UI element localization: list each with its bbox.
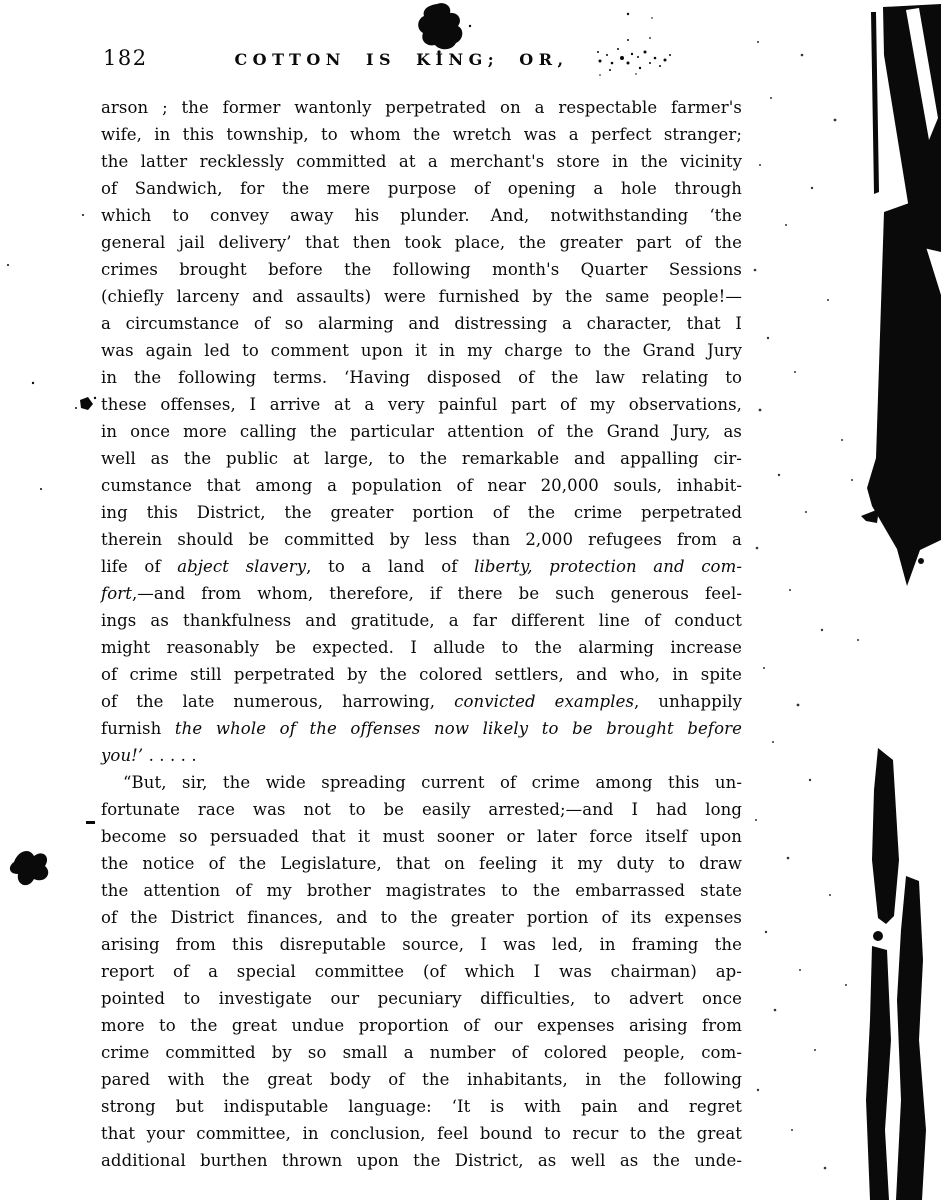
text-segment: , to a land of	[306, 557, 474, 576]
ink-speck	[82, 214, 84, 216]
ink-speck	[32, 382, 34, 384]
text-line: become so persuaded that it must sooner …	[101, 823, 742, 850]
text-line: which to convey away his plunder. And, n…	[101, 202, 742, 229]
text-line: that your committee, in conclusion, feel…	[101, 1120, 742, 1147]
text-segment: in the following terms. ‘Having disposed…	[101, 368, 742, 387]
text-line: in once more calling the particular atte…	[101, 418, 742, 445]
text-segment: the attention of my brother magistrates …	[101, 881, 742, 900]
italic-text-segment: fort	[101, 584, 132, 603]
text-segment: general jail delivery’ that then took pl…	[101, 233, 742, 252]
ink-speck	[75, 407, 77, 409]
ink-blob-top-center	[418, 3, 462, 49]
ink-smudge-mid-right	[867, 202, 941, 586]
text-line: well as the public at large, to the rema…	[101, 445, 742, 472]
text-line: of Sandwich, for the mere purpose of ope…	[101, 175, 742, 202]
text-segment: of the late numerous, harrowing,	[101, 692, 454, 711]
text-segment: become so persuaded that it must sooner …	[101, 827, 742, 846]
ink-streak-lower-left-upper	[872, 748, 899, 924]
ink-streak-lower-right	[896, 876, 926, 1200]
text-segment: , unhappily	[634, 692, 742, 711]
text-line: strong but indisputable language: ‘It is…	[101, 1093, 742, 1120]
text-segment: ings as thankfulness and gratitude, a fa…	[101, 611, 742, 630]
ink-speck	[918, 558, 924, 564]
body-text: arson ; the former wantonly perpetrated …	[101, 94, 742, 1174]
text-line: cumstance that among a population of nea…	[101, 472, 742, 499]
running-title: COTTON IS KING; OR,	[101, 50, 702, 69]
ink-blob-left-margin	[10, 851, 48, 885]
text-segment: these offenses, I arrive at a very painf…	[101, 395, 742, 414]
text-segment: that your committee, in conclusion, feel…	[101, 1124, 742, 1143]
text-line: wife, in this township, to whom the wret…	[101, 121, 742, 148]
ink-dash	[86, 821, 95, 824]
text-segment: fortunate race was not to be easily arre…	[101, 800, 742, 819]
text-segment: “But, sir, the wide spreading current of…	[123, 773, 742, 792]
text-line: these offenses, I arrive at a very painf…	[101, 391, 742, 418]
ink-speck	[40, 488, 42, 490]
text-line: arson ; the former wantonly perpetrated …	[101, 94, 742, 121]
text-segment: additional burthen thrown upon the Distr…	[101, 1151, 742, 1170]
text-segment: was again led to comment upon it in my c…	[101, 341, 742, 360]
page-header: 182 COTTON IS KING; OR,	[101, 44, 742, 76]
text-segment: wife, in this township, to whom the wret…	[101, 125, 742, 144]
text-segment: of the District finances, and to the gre…	[101, 908, 742, 927]
text-segment: ing this District, the greater portion o…	[101, 503, 742, 522]
text-line: of the District finances, and to the gre…	[101, 904, 742, 931]
text-segment: report of a special committee (of which …	[101, 962, 742, 981]
text-line: of crime still perpetrated by the colore…	[101, 661, 742, 688]
text-line: ings as thankfulness and gratitude, a fa…	[101, 607, 742, 634]
text-segment: . . . . .	[143, 746, 196, 765]
text-segment: (chiefly larceny and assaults) were furn…	[101, 287, 742, 306]
text-line: therein should be committed by less than…	[101, 526, 742, 553]
italic-text-segment: convicted examples	[454, 692, 634, 711]
text-segment: arising from this disreputable source, I…	[101, 935, 742, 954]
text-line: “But, sir, the wide spreading current of…	[101, 769, 742, 796]
italic-text-segment: liberty, protection and com-	[474, 557, 742, 576]
text-segment: of crime still perpetrated by the colore…	[101, 665, 742, 684]
text-segment: a circumstance of so alarming and distre…	[101, 314, 742, 333]
text-line: pointed to investigate our pecuniary dif…	[101, 985, 742, 1012]
text-line: you!’ . . . . .	[101, 742, 742, 769]
text-segment: strong but indisputable language: ‘It is…	[101, 1097, 742, 1116]
text-line: crimes brought before the following mont…	[101, 256, 742, 283]
ink-smudge-white-channel	[906, 8, 938, 140]
text-segment: in once more calling the particular atte…	[101, 422, 742, 441]
text-segment: arson ; the former wantonly perpetrated …	[101, 98, 742, 117]
text-segment: furnish	[101, 719, 175, 738]
ink-mark-arrow	[861, 509, 879, 523]
text-line: fort,—and from whom, therefore, if there…	[101, 580, 742, 607]
text-line: the latter recklessly committed at a mer…	[101, 148, 742, 175]
text-line: in the following terms. ‘Having disposed…	[101, 364, 742, 391]
text-line: general jail delivery’ that then took pl…	[101, 229, 742, 256]
text-segment: of Sandwich, for the mere purpose of ope…	[101, 179, 742, 198]
text-line: fortunate race was not to be easily arre…	[101, 796, 742, 823]
text-line: additional burthen thrown upon the Distr…	[101, 1147, 742, 1174]
text-line: a circumstance of so alarming and distre…	[101, 310, 742, 337]
ink-speck	[94, 397, 96, 399]
text-segment: which to convey away his plunder. And, n…	[101, 206, 742, 225]
text-segment: ,—and from whom, therefore, if there be …	[132, 584, 742, 603]
text-line: furnish the whole of the offenses now li…	[101, 715, 742, 742]
text-segment: crimes brought before the following mont…	[101, 260, 742, 279]
text-segment: might reasonably be expected. I allude t…	[101, 638, 742, 657]
text-segment: pared with the great body of the inhabit…	[101, 1070, 742, 1089]
ink-streak-lower-left-lower	[866, 946, 891, 1200]
text-line: the attention of my brother magistrates …	[101, 877, 742, 904]
scanned-page: 182 COTTON IS KING; OR, arson ; the form…	[0, 0, 941, 1200]
text-segment: well as the public at large, to the rema…	[101, 449, 742, 468]
text-line: (chiefly larceny and assaults) were furn…	[101, 283, 742, 310]
italic-text-segment: the whole of the offenses now likely to …	[175, 719, 742, 738]
text-line: of the late numerous, harrowing, convict…	[101, 688, 742, 715]
italic-text-segment: you!’	[101, 746, 143, 765]
text-segment: crime committed by so small a number of …	[101, 1043, 742, 1062]
ink-speck	[469, 25, 471, 27]
text-line: ing this District, the greater portion o…	[101, 499, 742, 526]
text-segment: cumstance that among a population of nea…	[101, 476, 742, 495]
text-line: was again led to comment upon it in my c…	[101, 337, 742, 364]
ink-speck	[873, 931, 883, 941]
text-line: might reasonably be expected. I allude t…	[101, 634, 742, 661]
ink-smudge-top-right	[883, 4, 941, 252]
text-line: crime committed by so small a number of …	[101, 1039, 742, 1066]
text-line: arising from this disreputable source, I…	[101, 931, 742, 958]
text-line: more to the great undue proportion of ou…	[101, 1012, 742, 1039]
text-segment: therein should be committed by less than…	[101, 530, 742, 549]
text-line: pared with the great body of the inhabit…	[101, 1066, 742, 1093]
ink-speck	[7, 264, 9, 266]
text-line: report of a special committee (of which …	[101, 958, 742, 985]
text-segment: more to the great undue proportion of ou…	[101, 1016, 742, 1035]
text-segment: pointed to investigate our pecuniary dif…	[101, 989, 742, 1008]
italic-text-segment: abject slavery	[177, 557, 306, 576]
ink-line-right-top	[871, 12, 879, 194]
text-line: the notice of the Legislature, that on f…	[101, 850, 742, 877]
text-segment: the latter recklessly committed at a mer…	[101, 152, 742, 171]
margin-noise-specks	[754, 41, 859, 1169]
text-line: life of abject slavery, to a land of lib…	[101, 553, 742, 580]
text-segment: life of	[101, 557, 177, 576]
ink-asterisk-blot	[80, 397, 93, 410]
text-segment: the notice of the Legislature, that on f…	[101, 854, 742, 873]
